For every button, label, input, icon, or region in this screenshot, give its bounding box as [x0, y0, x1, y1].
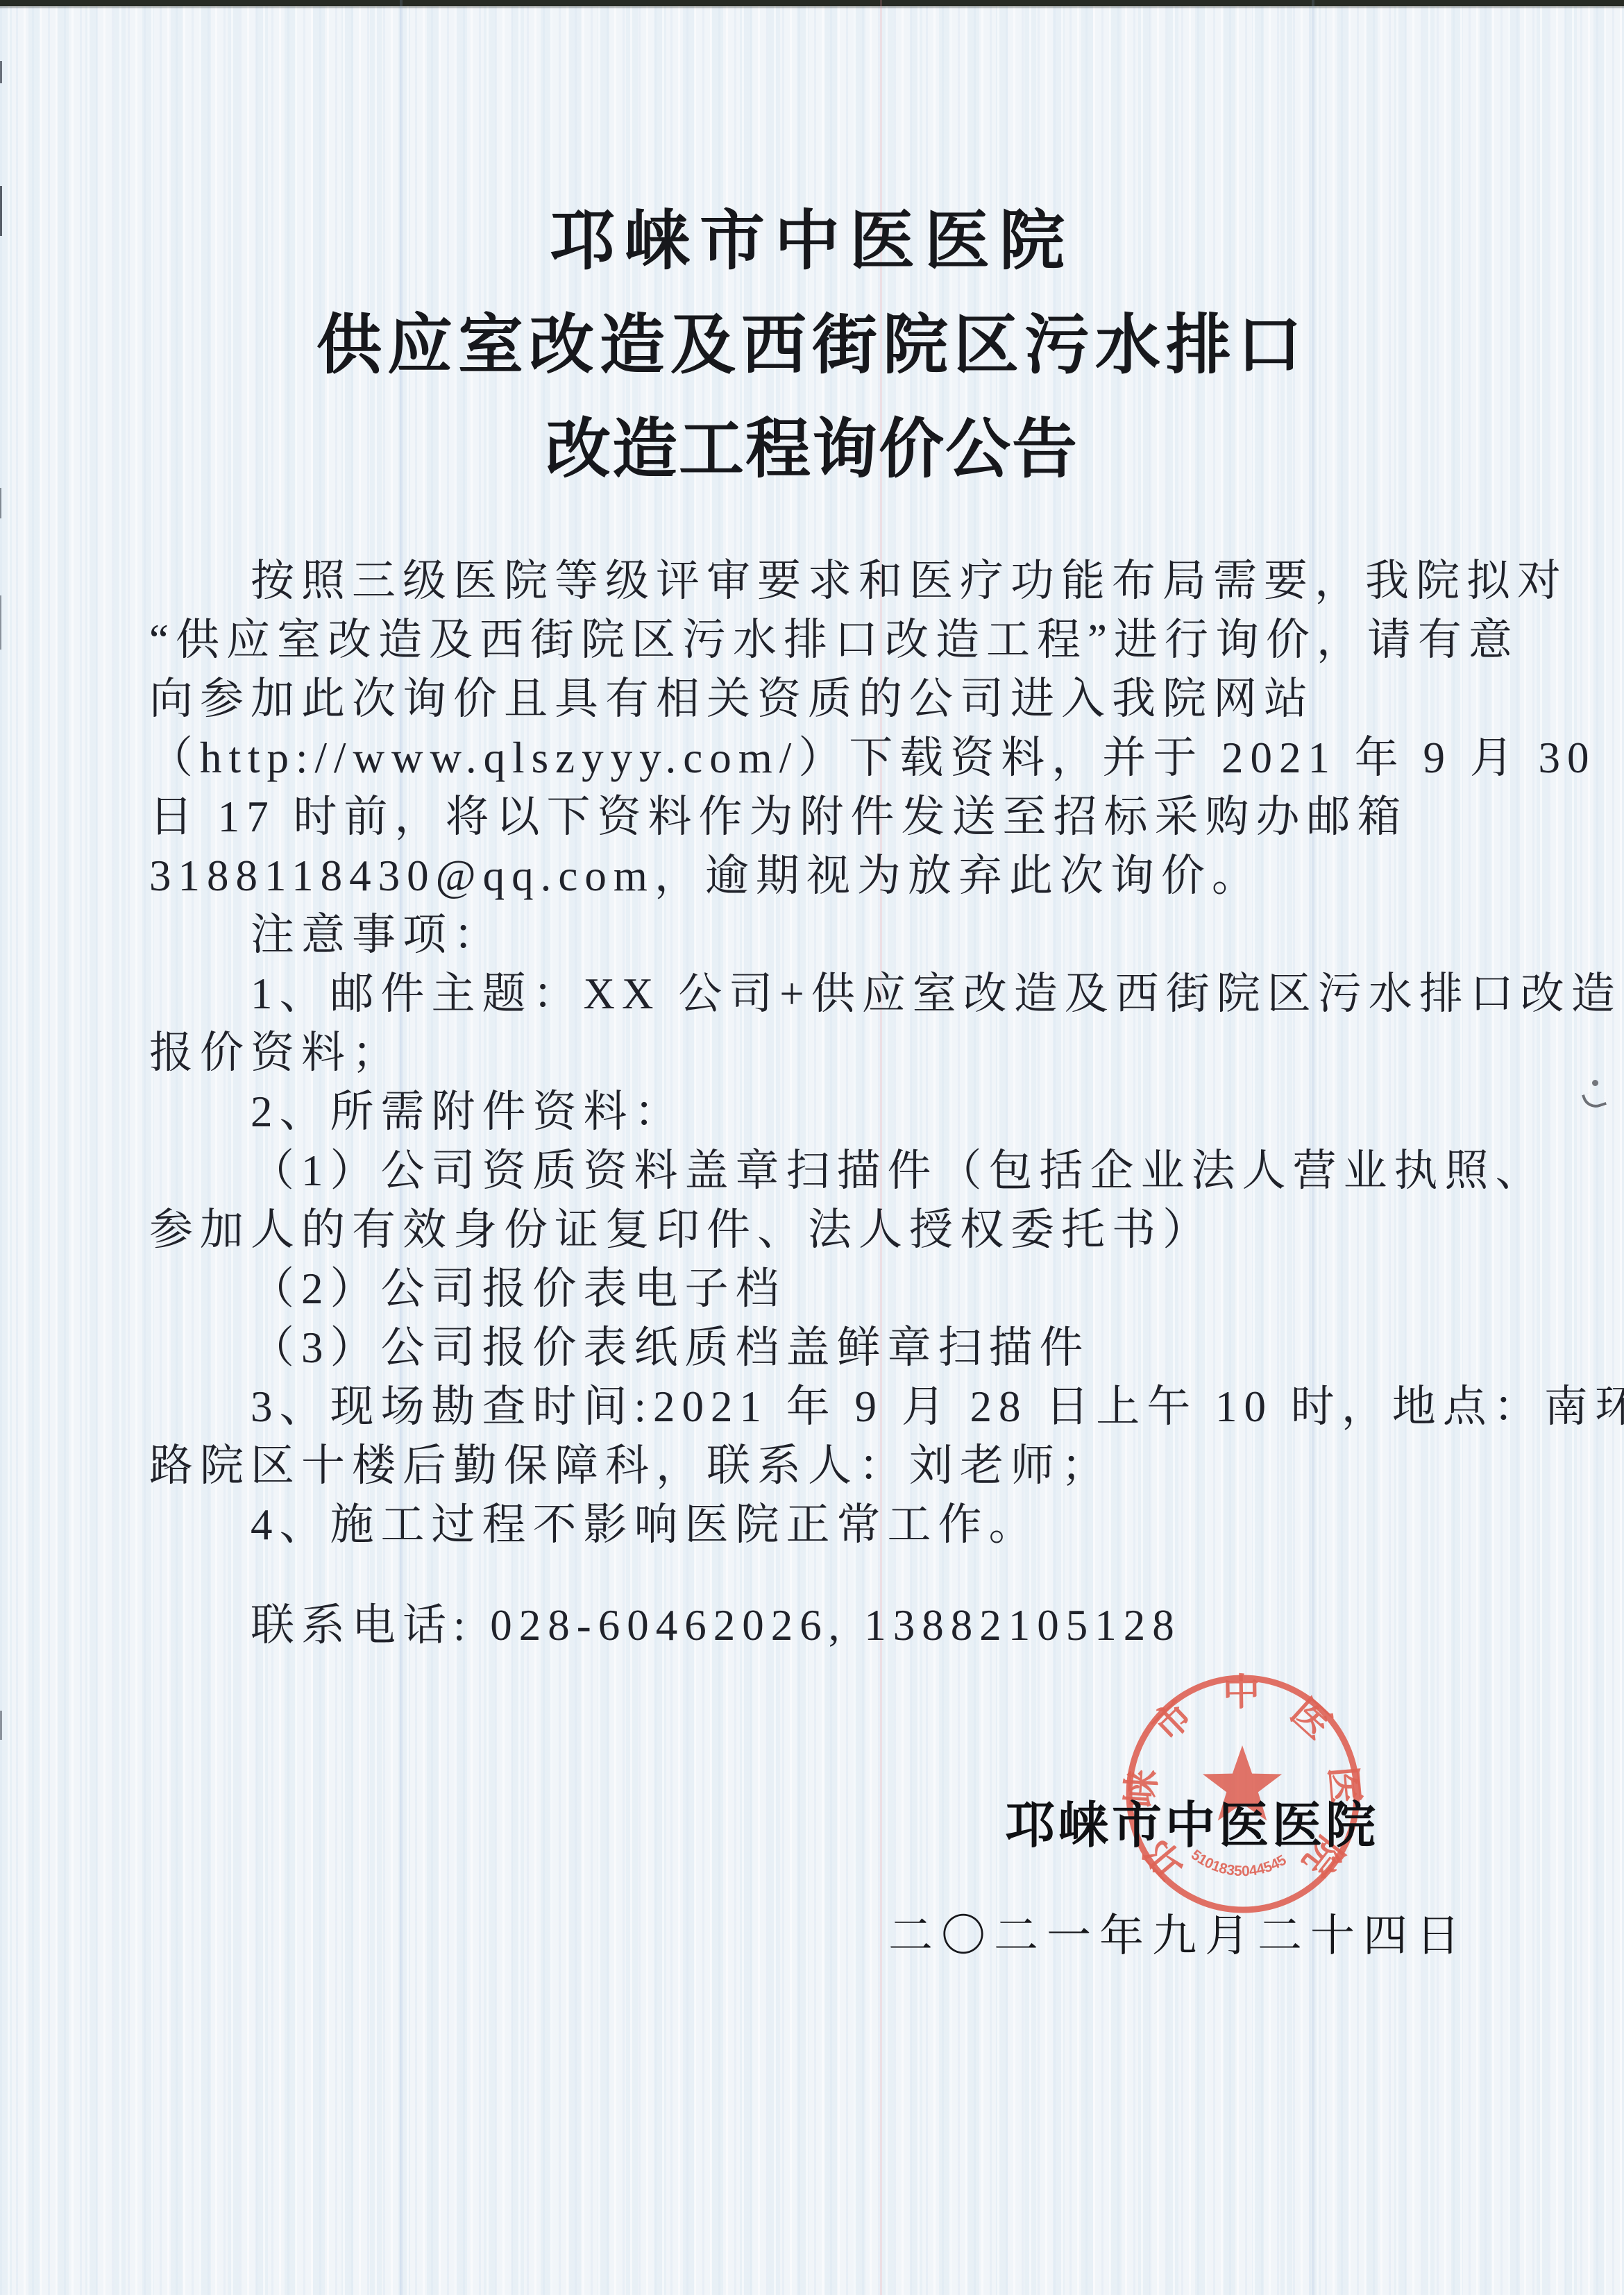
notice-body: 按照三级医院等级评审要求和医疗功能布局需要，我院拟对 “供应室改造及西街院区污水…	[149, 552, 1527, 1655]
scanned-notice-page: 邛崃市中医医院 供应室改造及西街院区污水排口 改造工程询价公告 按照三级医院等级…	[0, 0, 1624, 2295]
issuer-signature: 邛崃市中医医院	[1005, 1785, 1379, 1857]
body-line: 向参加此次询价且具有相关资质的公司进入我院网站	[149, 670, 1527, 729]
body-line: “供应室改造及西街院区污水排口改造工程”进行询价，请有意	[149, 611, 1527, 670]
ink-smudge-dot	[1592, 1080, 1598, 1086]
body-line: 日 17 时前，将以下资料作为附件发送至招标采购办邮箱	[149, 788, 1527, 847]
body-line: 3188118430@qq.com，逾期视为放弃此次询价。	[149, 847, 1527, 906]
body-line: 按照三级医院等级评审要求和医疗功能布局需要，我院拟对	[149, 552, 1527, 611]
body-line: 3、现场勘查时间:2021 年 9 月 28 日上午 10 时，地点：南环	[149, 1378, 1527, 1437]
body-line: （3）公司报价表纸质档盖鲜章扫描件	[149, 1319, 1527, 1378]
document-title: 邛崃市中医医院 供应室改造及西街院区污水排口 改造工程询价公告	[0, 189, 1624, 501]
ink-smudge	[1582, 1089, 1607, 1111]
contact-phone-line: 联系电话: 028-60462026, 13882105128	[149, 1596, 1527, 1655]
body-line: 4、施工过程不影响医院正常工作。	[149, 1496, 1527, 1555]
scan-edge-artifact	[0, 1711, 2, 1740]
body-line: （1）公司资质资料盖章扫描件（包括企业法人营业执照、	[149, 1142, 1527, 1201]
body-line: （http://www.qlszyyy.com/）下载资料，并于 2021 年 …	[149, 729, 1527, 788]
body-line: 参加人的有效身份证复印件、法人授权委托书）	[149, 1201, 1527, 1260]
title-line-1: 邛崃市中医医院	[0, 189, 1624, 293]
title-line-2: 供应室改造及西街院区污水排口	[0, 293, 1624, 397]
body-line: （2）公司报价表电子档	[149, 1260, 1527, 1319]
body-line: 2、所需附件资料：	[149, 1083, 1527, 1142]
scan-edge-artifact-top	[0, 0, 1624, 6]
body-line: 注意事项：	[149, 906, 1527, 965]
body-line: 报价资料；	[149, 1024, 1527, 1083]
title-line-3: 改造工程询价公告	[0, 397, 1624, 501]
scan-edge-artifact	[0, 61, 2, 83]
issue-date: 二〇二一年九月二十四日	[888, 1900, 1469, 1964]
body-line: 1、邮件主题：XX 公司+供应室改造及西街院区污水排口改造	[149, 965, 1527, 1024]
scan-edge-artifact	[0, 595, 1, 650]
body-line: 路院区十楼后勤保障科，联系人：刘老师；	[149, 1437, 1527, 1496]
